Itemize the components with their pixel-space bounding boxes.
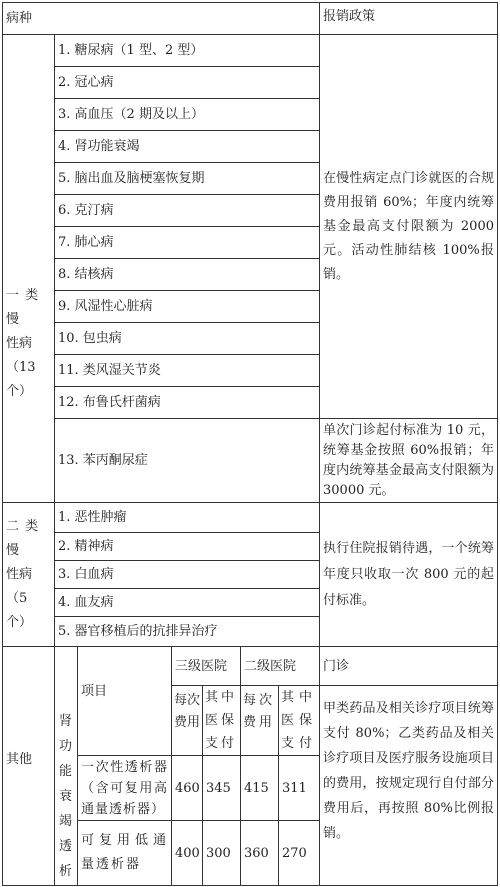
header-disease-type-label: 病种 <box>6 8 32 29</box>
class1-item-text: 13. 苯丙酮尿症 <box>58 450 148 471</box>
class2-item: 3. 白血病 <box>54 560 320 589</box>
header-policy-label: 报销政策 <box>323 9 375 24</box>
class1-item: 9. 风湿性心脏病 <box>54 290 320 323</box>
class1-item: 13. 苯丙酮尿症 <box>54 418 320 503</box>
other-sub-label: 肾功能衰竭透析 <box>54 646 78 886</box>
table-cell-value: 300 <box>206 843 231 864</box>
class2-item: 2. 精神病 <box>54 532 320 561</box>
other-policy-header-text: 门诊 <box>323 656 349 677</box>
class1-policy-text: 在慢性病定点门诊就医的合规费用报销 60%；年度内统筹基金最高支付限额为 200… <box>323 167 494 287</box>
class2-label-line: 性病（5 <box>6 563 51 611</box>
class1-item: 4. 肾功能衰竭 <box>54 130 320 163</box>
other-label-text: 其他 <box>6 752 32 767</box>
class2-policy-text: 执行住院报销待遇，一个统筹年度只收取一次 800 元的起付标准。 <box>323 536 494 614</box>
class1-item-text: 1. 糖尿病（1 型、2 型） <box>58 40 203 61</box>
table-sub-header: 每次费用 <box>171 685 203 756</box>
table-sub-header-text: 每次费用 <box>243 690 276 734</box>
class1-label-line: 个） <box>6 380 51 404</box>
class2-item: 4. 血友病 <box>54 588 320 617</box>
class1-item-text: 8. 结核病 <box>58 264 114 285</box>
table-cell-value: 460 <box>175 778 200 799</box>
table-cell: 311 <box>278 755 320 821</box>
table-row-item: 一次性透析器（含可复用高通量透析器） <box>77 755 172 821</box>
class1-policy-13-text: 单次门诊起付标准为 10 元，统筹基金按照 60%报销；年度内统筹基金最高支付限… <box>323 421 494 501</box>
class1-item: 2. 冠心病 <box>54 66 320 99</box>
table-cell-value: 415 <box>244 778 269 799</box>
class1-item: 12. 布鲁氏杆菌病 <box>54 386 320 419</box>
class1-item-text: 5. 脑出血及脑梗塞恢复期 <box>58 168 205 189</box>
table-item-header-text: 项目 <box>81 684 107 699</box>
class1-policy-13: 单次门诊起付标准为 10 元，统筹基金按照 60%报销；年度内统筹基金最高支付限… <box>319 418 498 503</box>
table-level-header-text: 三级医院 <box>175 656 227 677</box>
class1-item-text: 3. 高血压（2 期及以上） <box>58 104 204 125</box>
class1-item-text: 12. 布鲁氏杆菌病 <box>58 392 161 413</box>
table-sub-header-text: 其中医保支付 <box>205 686 238 755</box>
class1-item-text: 4. 肾功能衰竭 <box>58 136 140 157</box>
class2-item-text: 3. 白血病 <box>58 564 114 585</box>
class2-label-line: 个） <box>6 611 51 635</box>
class2-policy: 执行住院报销待遇，一个统筹年度只收取一次 800 元的起付标准。 <box>319 502 498 647</box>
table-level-header: 三级医院 <box>171 646 241 686</box>
table-sub-header: 其中医保支付 <box>278 685 320 756</box>
class2-item: 1. 恶性肿瘤 <box>54 502 320 533</box>
table-item-header: 项目 <box>77 646 172 756</box>
table-cell-value: 311 <box>282 778 307 799</box>
table-cell: 460 <box>171 755 203 821</box>
class2-item-text: 1. 恶性肿瘤 <box>58 507 127 528</box>
table-level-header: 二级医院 <box>240 646 320 686</box>
table-cell: 415 <box>240 755 279 821</box>
table-row-item-text: 可复用低通量透析器 <box>81 829 168 877</box>
class2-item: 5. 器官移植后的抗排异治疗 <box>54 616 320 647</box>
table-cell: 300 <box>202 820 241 886</box>
table-cell: 400 <box>171 820 203 886</box>
class1-item-text: 6. 克汀病 <box>58 200 114 221</box>
table-cell: 360 <box>240 820 279 886</box>
class1-item-text: 10. 包虫病 <box>58 328 122 349</box>
table-sub-header-text: 每次费用 <box>174 690 200 734</box>
class1-item-text: 2. 冠心病 <box>58 72 114 93</box>
class2-item-text: 5. 器官移植后的抗排异治疗 <box>58 621 218 642</box>
class1-label-line: 性病（13 <box>6 332 51 380</box>
table-cell-value: 400 <box>175 843 200 864</box>
class1-item: 10. 包虫病 <box>54 322 320 355</box>
class1-item: 5. 脑出血及脑梗塞恢复期 <box>54 162 320 195</box>
table-sub-header: 其中医保支付 <box>202 685 241 756</box>
class1-label: 一 类 慢 性病（13 个） <box>2 34 55 503</box>
other-policy-text: 甲类药品及相关诊疗项目统筹支付 80%；乙类药品及相关诊疗项目及医疗服务设施项目… <box>323 696 494 846</box>
table-sub-header-text: 其中医保支付 <box>281 686 317 755</box>
table-row-item-text: 一次性透析器（含可复用高通量透析器） <box>81 757 168 820</box>
table-sub-header: 每次费用 <box>240 685 279 756</box>
class1-item: 1. 糖尿病（1 型、2 型） <box>54 34 320 67</box>
table-cell: 270 <box>278 820 320 886</box>
table-cell: 345 <box>202 755 241 821</box>
other-sub-label-text: 肾功能衰竭透析 <box>59 709 75 884</box>
class1-item: 11. 类风湿关节炎 <box>54 354 320 387</box>
other-policy: 甲类药品及相关诊疗项目统筹支付 80%；乙类药品及相关诊疗项目及医疗服务设施项目… <box>319 685 498 886</box>
header-disease-type: 病种 <box>2 2 320 35</box>
class2-label: 二 类 慢 性病（5 个） <box>2 502 55 647</box>
table-level-header-text: 二级医院 <box>244 656 296 677</box>
class1-item: 7. 肺心病 <box>54 226 320 259</box>
other-label: 其他 <box>2 646 55 886</box>
table-cell-value: 270 <box>282 843 307 864</box>
class1-item-text: 11. 类风湿关节炎 <box>58 360 161 381</box>
class1-item-text: 9. 风湿性心脏病 <box>58 296 153 317</box>
class2-label-line: 二 类 慢 <box>6 515 51 563</box>
other-policy-header: 门诊 <box>319 646 498 686</box>
class1-item-text: 7. 肺心病 <box>58 232 114 253</box>
header-policy: 报销政策 <box>319 2 498 35</box>
class2-item-text: 4. 血友病 <box>58 592 114 613</box>
table-row-item: 可复用低通量透析器 <box>77 820 172 886</box>
class2-item-text: 2. 精神病 <box>58 536 114 557</box>
class1-policy: 在慢性病定点门诊就医的合规费用报销 60%；年度内统筹基金最高支付限额为 200… <box>319 34 498 419</box>
class1-item: 6. 克汀病 <box>54 194 320 227</box>
class1-item: 3. 高血压（2 期及以上） <box>54 98 320 131</box>
class1-item: 8. 结核病 <box>54 258 320 291</box>
table-cell-value: 360 <box>244 843 269 864</box>
table-cell-value: 345 <box>206 778 231 799</box>
class1-label-line: 一 类 慢 <box>6 284 51 332</box>
